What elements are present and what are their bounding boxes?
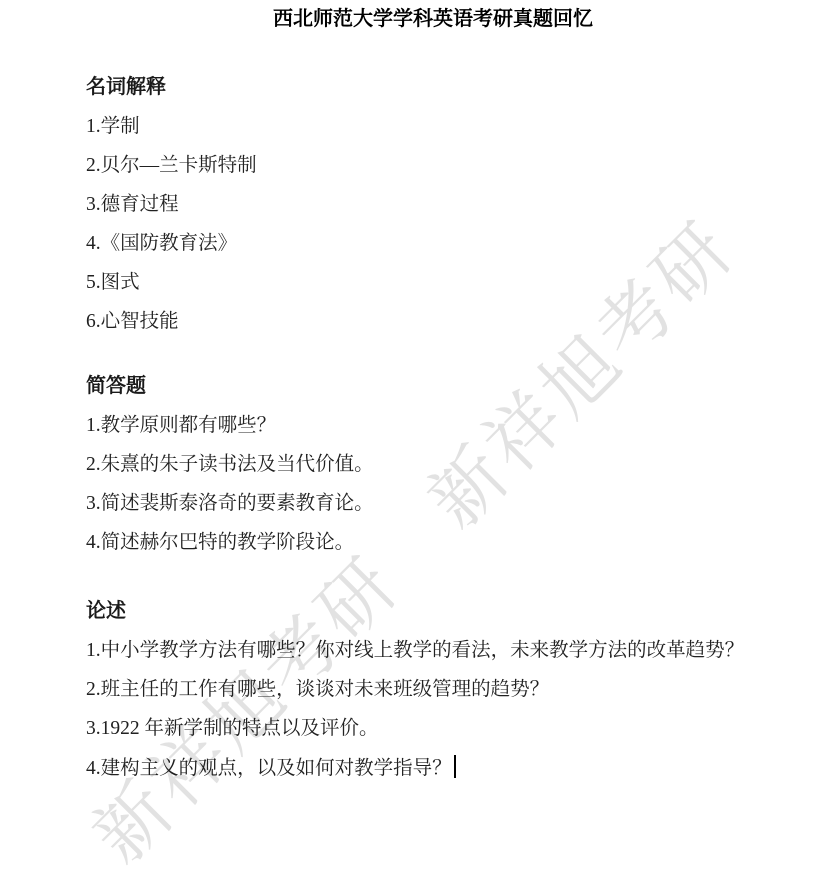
question-line[interactable]: 3.简述裴斯泰洛奇的要素教育论。 <box>86 491 780 516</box>
term-line[interactable]: 4.《国防教育法》 <box>86 231 780 256</box>
question-line[interactable]: 3.1922 年新学制的特点以及评价。 <box>86 716 780 741</box>
term-line[interactable]: 1.学制 <box>86 114 780 139</box>
page-title[interactable]: 西北师范大学学科英语考研真题回忆 <box>86 6 780 32</box>
question-line[interactable]: 1.教学原则都有哪些？ <box>86 413 780 438</box>
section-heading-terms[interactable]: 名词解释 <box>86 76 780 98</box>
text-caret <box>454 755 456 778</box>
term-line[interactable]: 2.贝尔—兰卡斯特制 <box>86 153 780 178</box>
question-line[interactable]: 2.班主任的工作有哪些，谈谈对未来班级管理的趋势？ <box>86 677 780 702</box>
document-edit-area[interactable]: 西北师范大学学科英语考研真题回忆 名词解释 1.学制 2.贝尔—兰卡斯特制 3.… <box>0 0 840 781</box>
question-line[interactable]: 1.中小学教学方法有哪些？你对线上教学的看法，未来教学方法的改革趋势？ <box>86 638 780 663</box>
question-line-text: 4.建构主义的观点，以及如何对教学指导？ <box>86 758 452 779</box>
question-line[interactable]: 2.朱熹的朱子读书法及当代价值。 <box>86 452 780 477</box>
term-line[interactable]: 3.德育过程 <box>86 192 780 217</box>
question-line[interactable]: 4.简述赫尔巴特的教学阶段论。 <box>86 530 780 555</box>
question-line[interactable]: 4.建构主义的观点，以及如何对教学指导？ <box>86 755 780 781</box>
document-page: 新祥旭考研 新祥旭考研 西北师范大学学科英语考研真题回忆 名词解释 1.学制 2… <box>0 0 840 875</box>
section-heading-essay[interactable]: 论述 <box>86 600 780 622</box>
term-line[interactable]: 6.心智技能 <box>86 309 780 334</box>
term-line[interactable]: 5.图式 <box>86 270 780 295</box>
section-heading-short-answer[interactable]: 简答题 <box>86 375 780 397</box>
